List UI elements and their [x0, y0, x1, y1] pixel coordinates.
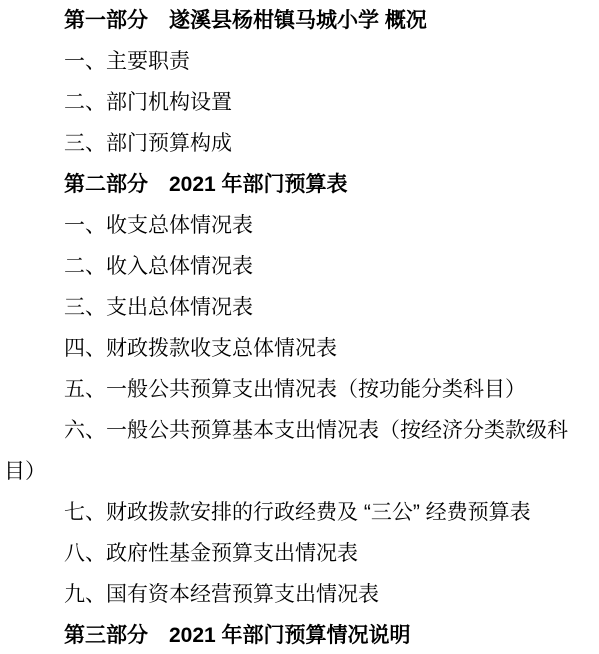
- toc-item: 六、一般公共预算基本支出情况表（按经济分类款级科目）: [4, 410, 577, 492]
- section-heading: 第二部分 2021 年部门预算表: [4, 164, 577, 205]
- section-heading: 第三部分 2021 年部门预算情况说明: [4, 615, 577, 654]
- toc-item: 一、收支总体情况表: [4, 205, 577, 246]
- toc-item: 四、财政拨款收支总体情况表: [4, 328, 577, 369]
- toc-item: 三、支出总体情况表: [4, 287, 577, 328]
- toc-item: 九、国有资本经营预算支出情况表: [4, 574, 577, 615]
- toc-item: 一、主要职责: [4, 41, 577, 82]
- toc-item: 二、收入总体情况表: [4, 246, 577, 287]
- section-heading: 第一部分 遂溪县杨柑镇马城小学 概况: [4, 0, 577, 41]
- toc-item: 七、财政拨款安排的行政经费及 “三公” 经费预算表: [4, 492, 577, 533]
- document-page: 第一部分 遂溪县杨柑镇马城小学 概况一、主要职责二、部门机构设置三、部门预算构成…: [0, 0, 599, 654]
- toc-item: 八、政府性基金预算支出情况表: [4, 533, 577, 574]
- toc-item: 五、一般公共预算支出情况表（按功能分类科目）: [4, 369, 577, 410]
- toc-item: 二、部门机构设置: [4, 82, 577, 123]
- toc-item: 三、部门预算构成: [4, 123, 577, 164]
